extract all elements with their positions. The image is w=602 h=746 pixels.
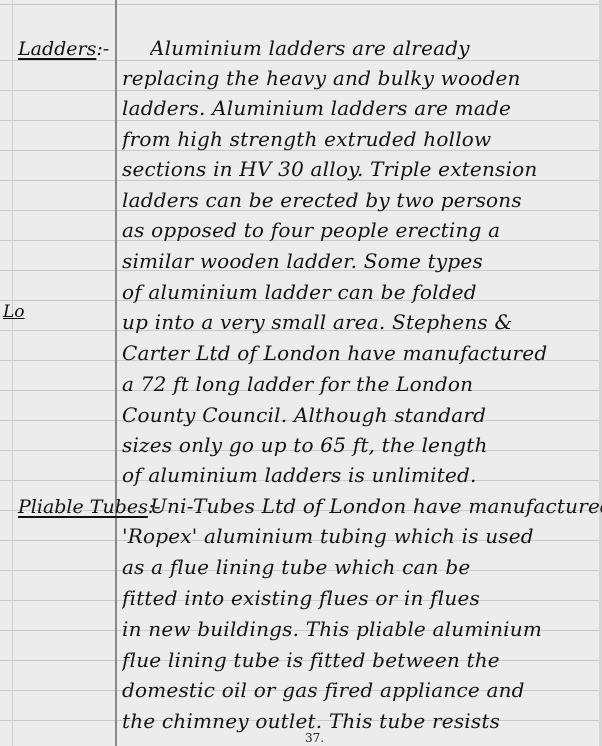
section-heading-pliable-tubes: Pliable Tubes:- bbox=[18, 496, 161, 518]
text-line: of aluminium ladder can be folded bbox=[122, 280, 602, 304]
text-line: up into a very small area. Stephens & bbox=[122, 310, 602, 334]
margin-note: Lo bbox=[3, 302, 25, 322]
text-line: of aluminium ladders is unlimited. bbox=[122, 463, 602, 487]
text-line: a 72 ft long ladder for the London bbox=[122, 372, 602, 396]
binding-edge bbox=[12, 0, 13, 746]
text-line: ladders can be erected by two persons bbox=[122, 188, 602, 212]
page-number: 37. bbox=[305, 731, 324, 745]
text-line: flue lining tube is fitted between the bbox=[122, 648, 602, 672]
text-line: ladders. Aluminium ladders are made bbox=[122, 96, 602, 120]
text-line: fitted into existing flues or in flues bbox=[122, 586, 602, 610]
text-line: in new buildings. This pliable aluminium bbox=[122, 617, 602, 641]
text-line: the chimney outlet. This tube resists bbox=[122, 709, 602, 733]
text-line: County Council. Although standard bbox=[122, 403, 602, 427]
text-line: from high strength extruded hollow bbox=[122, 127, 602, 151]
text-line: as a flue lining tube which can be bbox=[122, 555, 602, 579]
text-line: domestic oil or gas fired appliance and bbox=[122, 678, 602, 702]
heading-text: Pliable Tubes bbox=[18, 496, 148, 518]
notebook-page: Lo Ladders:- Aluminium ladders are alrea… bbox=[0, 0, 602, 746]
text-line: as opposed to four people erecting a bbox=[122, 218, 602, 242]
text-line: Uni-Tubes Ltd of London have manufacture… bbox=[150, 494, 602, 518]
text-line: Carter Ltd of London have manufactured bbox=[122, 341, 602, 365]
text-line: sections in HV 30 alloy. Triple extensio… bbox=[122, 157, 602, 181]
text-line: replacing the heavy and bulky wooden bbox=[122, 66, 602, 90]
text-line: similar wooden ladder. Some types bbox=[122, 249, 602, 273]
margin-rule bbox=[115, 0, 117, 746]
section-heading-ladders: Ladders:- bbox=[18, 38, 109, 60]
heading-suffix: :- bbox=[96, 38, 109, 60]
heading-text: Ladders bbox=[18, 38, 96, 60]
text-line: 'Ropex' aluminium tubing which is used bbox=[122, 524, 602, 548]
text-line: sizes only go up to 65 ft, the length bbox=[122, 433, 602, 457]
text-line: Aluminium ladders are already bbox=[150, 36, 602, 60]
